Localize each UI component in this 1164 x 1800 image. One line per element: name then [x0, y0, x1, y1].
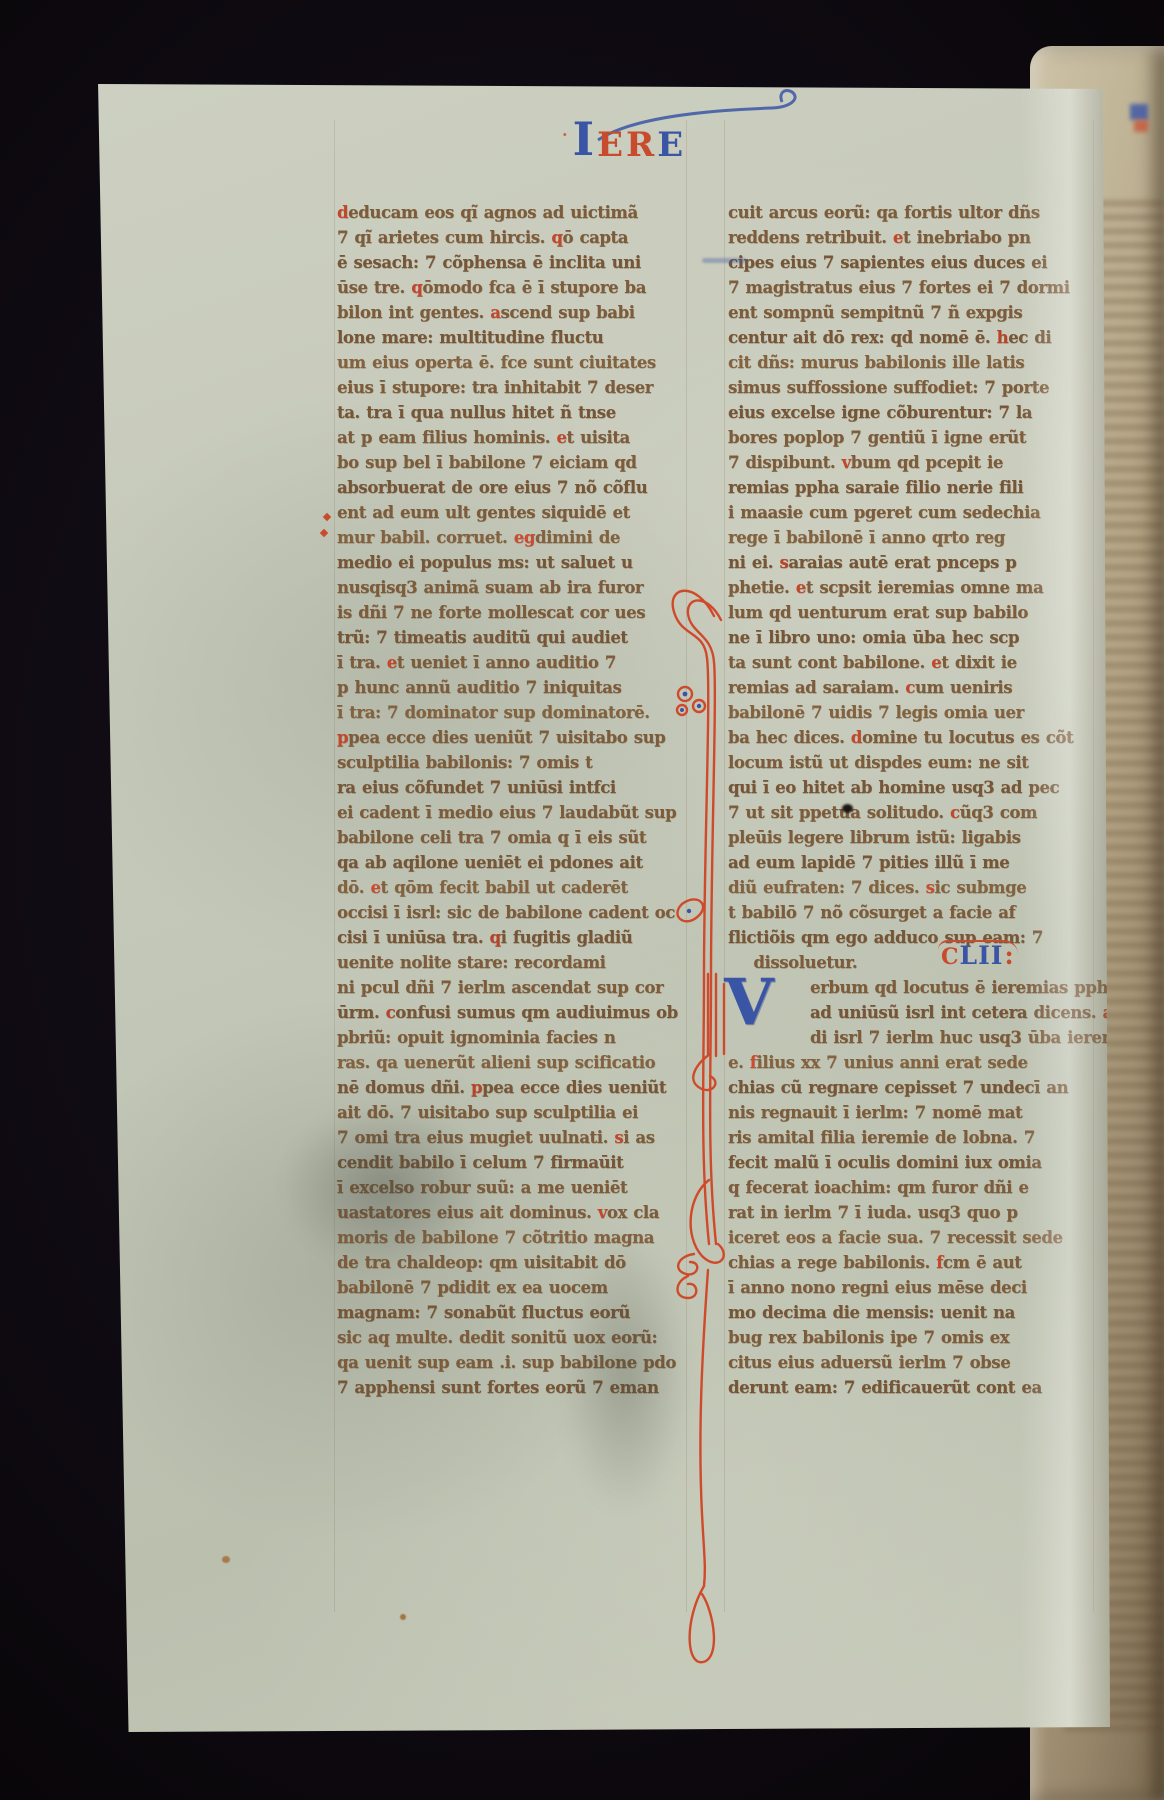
rust-stain — [222, 1556, 230, 1563]
text-line: ras. qa uenerũt alieni sup scificatio — [337, 1050, 683, 1075]
text-line: cit dñs: murus babilonis ille latis — [728, 350, 1090, 375]
text-line: iceret eos a facie sua. 7 recessit sede — [728, 1225, 1090, 1250]
text-line: p hunc annũ auditio 7 iniquitas — [337, 675, 683, 700]
text-line: ī anno nono regni eius mēse deci — [728, 1275, 1090, 1300]
text-line: 7 magistratus eius 7 fortes ei 7 dormi — [728, 275, 1090, 300]
text-line: ta. tra ī qua nullus hitet ñ tnse — [337, 400, 683, 425]
text-line: medio ei populus ms: ut saluet u — [337, 550, 683, 575]
text-line: ī tra: 7 dominator sup dominatorē. — [337, 700, 683, 725]
text-line: ī tra. et ueniet ī anno auditio 7 — [337, 650, 683, 675]
ruling-line — [724, 120, 725, 1612]
text-line: mo decima die mensis: uenit na — [728, 1300, 1090, 1325]
text-line: nusqisq3 animã suam ab ira furor — [337, 575, 683, 600]
text-line: cipes eius 7 sapientes eius duces ei — [728, 250, 1090, 275]
text-line: ei cadent ī medio eius 7 laudabũt sup — [337, 800, 683, 825]
text-line: uastatores eius ait dominus. vox cla — [337, 1200, 683, 1225]
text-line: bug rex babilonis ipe 7 omis ex — [728, 1325, 1090, 1350]
text-line: phetie. et scpsit ieremias omne ma — [728, 575, 1090, 600]
text-line: simus suffossione suffodiet: 7 porte — [728, 375, 1090, 400]
text-line: babilonē 7 uidis 7 legis omia uer — [728, 700, 1090, 725]
text-line: reddens retribuit. et inebriabo pn — [728, 225, 1090, 250]
margin-paraph-dot — [320, 529, 328, 537]
margin-paraph-dot — [323, 513, 331, 521]
chapter-number-rubric: C LII : — [938, 940, 1018, 968]
text-line: t babilō 7 nõ cõsurget a facie af — [728, 900, 1090, 925]
manuscript-page: · I E R E deducam eos qĩ agnos ad uictim… — [94, 84, 1110, 1732]
text-line: bo sup bel ī babilone 7 eiciam qd — [337, 450, 683, 475]
text-line: ra eius cõfundet 7 uniūsi intfci — [337, 775, 683, 800]
text-line: dō. et qōm fecit babil ut caderēt — [337, 875, 683, 900]
text-line: nis regnauit ī ierlm: 7 nomē mat — [728, 1100, 1090, 1125]
text-line: ni ei. saraias autē erat pnceps p — [728, 550, 1090, 575]
ruling-line — [686, 120, 687, 1612]
text-line: qui ī eo hitet ab homine usq3 ad pec — [728, 775, 1090, 800]
text-line: rege ī babilonē ī anno qrto reg — [728, 525, 1090, 550]
text-line: remias ppha saraie filio nerie fili — [728, 475, 1090, 500]
running-title-letter: E — [597, 128, 624, 162]
text-line: q fecerat ioachim: qm furor dñi e — [728, 1175, 1090, 1200]
running-title-letter: E — [657, 128, 684, 162]
text-line: ris amital filia ieremie de lobna. 7 — [728, 1125, 1090, 1150]
text-line: lum qd uenturum erat sup babilo — [728, 600, 1090, 625]
text-line: 7 dispibunt. vbum qd pcepit ie — [728, 450, 1090, 475]
next-folio-title-mark-red — [1134, 120, 1148, 132]
text-line: ūrm. confusi sumus qm audiuimus ob — [337, 1000, 683, 1025]
text-column-right: cuit arcus eorũ: qa fortis ultor dñsredd… — [728, 200, 1090, 1400]
running-title-letter: I — [573, 116, 596, 162]
text-line: pleūis legere librum istũ: ligabis — [728, 825, 1090, 850]
ruling-line — [1093, 120, 1094, 1612]
text-line: chias cũ regnare cepisset 7 undecī an — [728, 1075, 1090, 1100]
text-line: mur babil. corruet. egdimini de — [337, 525, 683, 550]
photograph-of-manuscript: · I E R E deducam eos qĩ agnos ad uictim… — [0, 0, 1164, 1800]
text-line: ni pcul dñi 7 ierlm ascendat sup cor — [337, 975, 683, 1000]
text-line: rat in ierlm 7 ī iuda. usq3 quo p — [728, 1200, 1090, 1225]
running-title: · I E R E — [562, 106, 684, 162]
running-title-letter: R — [626, 128, 655, 162]
text-line: derunt eam: 7 edificauerũt cont ea — [728, 1375, 1090, 1400]
text-line: nē domus dñi. ppea ecce dies ueniũt — [337, 1075, 683, 1100]
text-line: um eius operta ē. fce sunt ciuitates — [337, 350, 683, 375]
text-line: ppea ecce dies ueniũt 7 uisitabo sup — [337, 725, 683, 750]
rust-stain — [400, 1614, 406, 1620]
text-line: is dñi 7 ne forte mollescat cor ues — [337, 600, 683, 625]
text-line: at p eam filius hominis. et uisita — [337, 425, 683, 450]
text-line: lone mare: multitudine fluctu — [337, 325, 683, 350]
text-line: chias a rege babilonis. fcm ē aut — [728, 1250, 1090, 1275]
text-line: 7 omi tra eius mugiet uulnati. si as — [337, 1125, 683, 1150]
red-tick: · — [562, 125, 569, 144]
text-line: e. filius xx 7 unius anni erat sede — [728, 1050, 1090, 1075]
text-line: occisi ī isrl: sic de babilone cadent oc — [337, 900, 683, 925]
text-line: 7 qĩ arietes cum hircis. qō capta — [337, 225, 683, 250]
text-line: sculptilia babilonis: 7 omis t — [337, 750, 683, 775]
text-line: 7 apphensi sunt fortes eorũ 7 eman — [337, 1375, 683, 1400]
text-line: ait dō. 7 uisitabo sup sculptilia ei — [337, 1100, 683, 1125]
chapter-initial-letter: V — [710, 966, 788, 1044]
text-line: i maasie cum pgeret cum sedechia — [728, 500, 1090, 525]
text-line: ne ī libro uno: omia ūba hec scp — [728, 625, 1090, 650]
next-folio-title-mark-blue — [1130, 104, 1148, 120]
text-line: ba hec dices. domine tu locutus es cõt — [728, 725, 1090, 750]
text-line: ī excelso robur suũ: a me ueniēt — [337, 1175, 683, 1200]
ruling-line — [334, 120, 335, 1612]
text-line: bores poplop 7 gentiũ ī igne erũt — [728, 425, 1090, 450]
text-line: babilonē 7 pdidit ex ea uocem — [337, 1275, 683, 1300]
text-line: ta sunt cont babilone. et dixit ie — [728, 650, 1090, 675]
text-line: ent ad eum ult gentes siquidē et — [337, 500, 683, 525]
text-line: 7 ut sit ppetua solitudo. cũq3 com — [728, 800, 1090, 825]
text-line: absorbuerat de ore eius 7 nõ cõflu — [337, 475, 683, 500]
text-line: fecit malũ ī oculis domini iux omia — [728, 1150, 1090, 1175]
text-line: cendit babilo ī celum 7 firmaūit — [337, 1150, 683, 1175]
text-line: eius excelse igne cõburentur: 7 la — [728, 400, 1090, 425]
text-line: babilone celi tra 7 omia q ī eis sũt — [337, 825, 683, 850]
text-column-left: deducam eos qĩ agnos ad uictimã7 qĩ arie… — [337, 200, 683, 1400]
text-line: ūse tre. qōmodo fca ē ī stupore ba — [337, 275, 683, 300]
text-line: remias ad saraiam. cum ueniris — [728, 675, 1090, 700]
rubric-red-prefix: C — [941, 946, 959, 968]
text-line: bilon int gentes. ascend sup babi — [337, 300, 683, 325]
text-line: qa ab aqilone ueniēt ei pdones ait — [337, 850, 683, 875]
text-line: moris de babilone 7 cõtritio magna — [337, 1225, 683, 1250]
text-line: eius ī stupore: tra inhitabit 7 deser — [337, 375, 683, 400]
text-line: magnam: 7 sonabũt fluctus eorũ — [337, 1300, 683, 1325]
text-line: cuit arcus eorũ: qa fortis ultor dñs — [728, 200, 1090, 225]
text-line: sic aq multe. dedit sonitũ uox eorũ: — [337, 1325, 683, 1350]
text-line: pbriũ: opuit ignominia facies n — [337, 1025, 683, 1050]
text-line: cisi ī uniūsa tra. qi fugitis gladiũ — [337, 925, 683, 950]
text-line: centur ait dō rex: qd nomē ē. hec di — [728, 325, 1090, 350]
text-line: diũ eufraten: 7 dices. sic submge — [728, 875, 1090, 900]
text-line: ent sompnũ sempitnũ 7 ñ expgis — [728, 300, 1090, 325]
text-line: locum istũ ut dispdes eum: ne sit — [728, 750, 1090, 775]
text-line: citus eius aduersũ ierlm 7 obse — [728, 1350, 1090, 1375]
text-line: qa uenit sup eam .i. sup babilone pdo — [337, 1350, 683, 1375]
text-line: ē sesach: 7 cõphensa ē inclita uni — [337, 250, 683, 275]
chapter-number: LII — [960, 943, 1004, 968]
text-line: flictiõis qm ego adduco sup eam: 7 — [728, 925, 1090, 950]
text-line: uenite nolite stare: recordami — [337, 950, 683, 975]
rubric-red-suffix: : — [1004, 943, 1013, 968]
text-line: deducam eos qĩ agnos ad uictimã — [337, 200, 683, 225]
text-line: ad eum lapidē 7 pities illũ ī me — [728, 850, 1090, 875]
text-line: de tra chaldeop: qm uisitabit dō — [337, 1250, 683, 1275]
text-line: trũ: 7 timeatis auditũ qui audiet — [337, 625, 683, 650]
